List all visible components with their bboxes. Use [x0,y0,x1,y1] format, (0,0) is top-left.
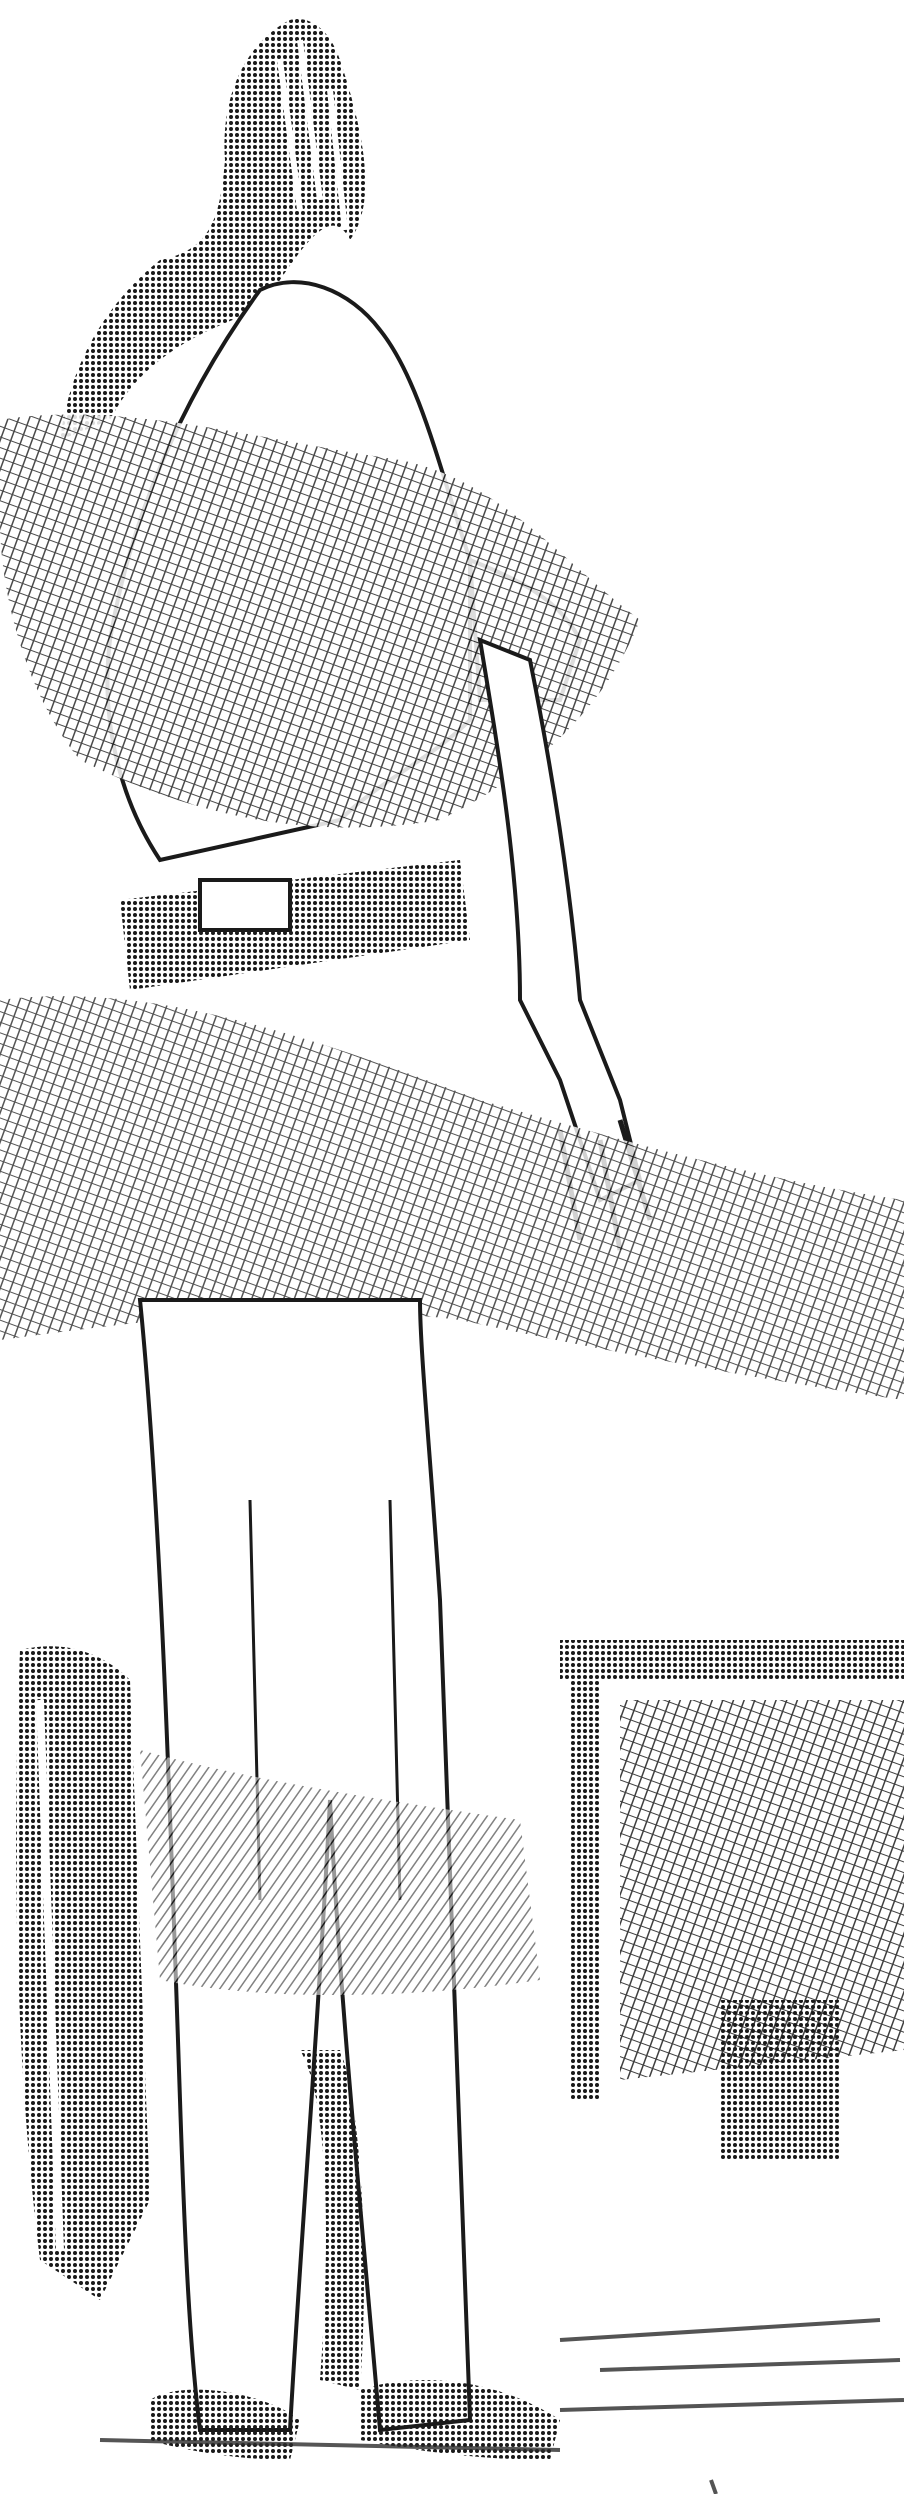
shadow-band-lower [0,996,904,1400]
illustration-canvas: A long-haired figure in a light shirt se… [0,0,904,2494]
ink-sketch-artwork [0,0,904,2494]
table-shape [560,1640,904,2160]
waist-shape [120,860,470,990]
chair-shape [16,1646,150,2300]
